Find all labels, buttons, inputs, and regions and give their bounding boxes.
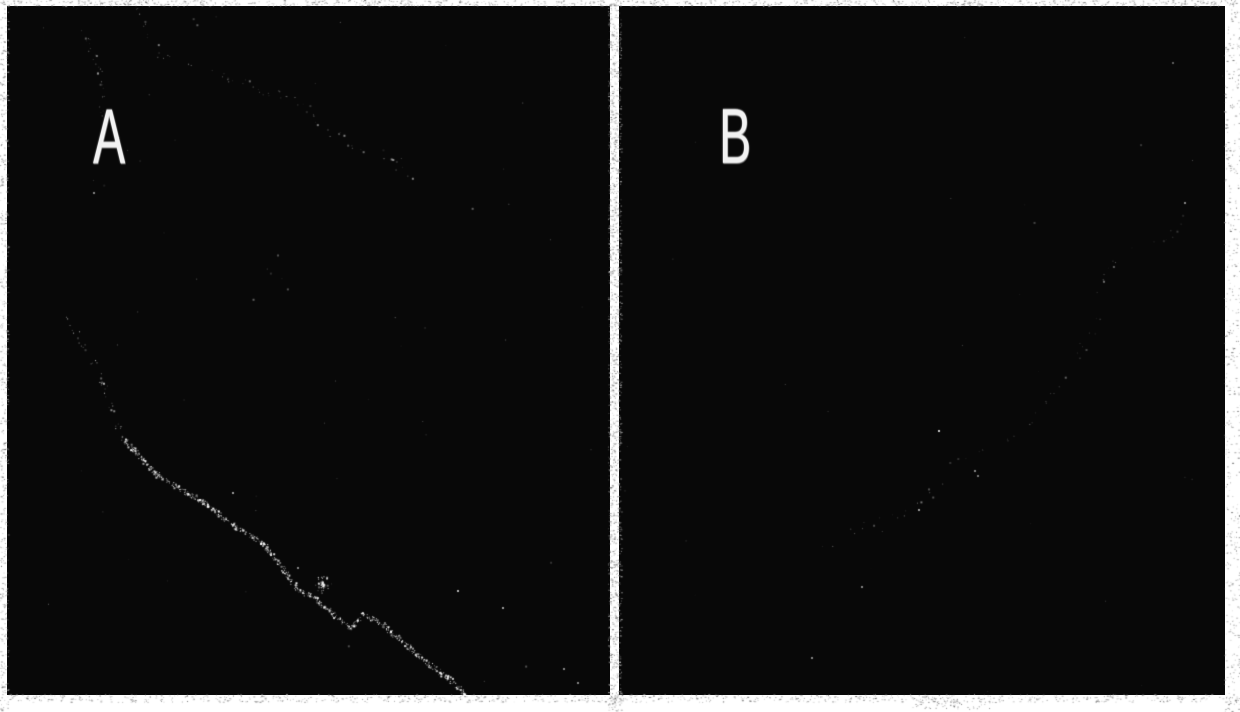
panel-a: A — [7, 6, 610, 695]
micrograph-b-canvas — [619, 6, 1225, 695]
figure-plate: A B — [0, 0, 1240, 712]
panel-a-label: A — [93, 97, 125, 175]
panel-b-label: B — [719, 97, 751, 175]
panel-b: B — [619, 6, 1225, 695]
